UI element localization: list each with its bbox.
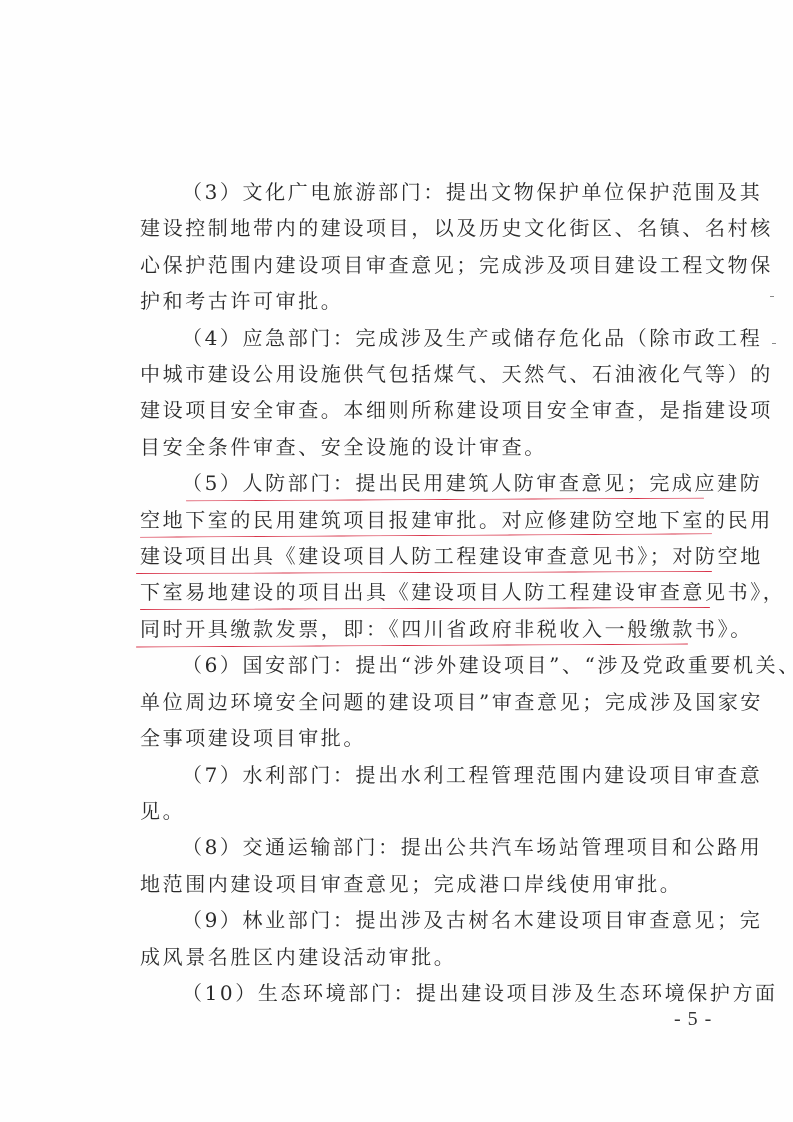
text-line: 建设项目出具《建设项目人防工程建设审查意见书》；对防空地 xyxy=(140,538,708,574)
text-line: （6）国安部门：提出“涉外建设项目”、“涉及党政重要机关、 xyxy=(140,647,708,683)
text-line: 目安全条件审查、安全设施的设计审查。 xyxy=(140,429,708,465)
text-line: （3）文化广电旅游部门：提出文物保护单位保护范围及其 xyxy=(140,174,708,210)
paragraph-transportation: （8）交通运输部门：提出公共汽车场站管理项目和公路用 地范围内建设项目审查意见；… xyxy=(140,829,708,902)
paragraph-emergency: （4）应急部门：完成涉及生产或储存危化品（除市政工程 中城市建设公用设施供气包括… xyxy=(140,320,708,466)
text-line: 地范围内建设项目审查意见；完成港口岸线使用审批。 xyxy=(140,866,708,902)
text-line: （7）水利部门：提出水利工程管理范围内建设项目审查意 xyxy=(140,757,708,793)
text-line: 中城市建设公用设施供气包括煤气、天然气、石油液化气等）的 xyxy=(140,356,708,392)
paragraph-culture-tourism: （3）文化广电旅游部门：提出文物保护单位保护范围及其 建设控制地带内的建设项目，… xyxy=(140,174,708,320)
text-line: 心保护范围内建设项目审查意见；完成涉及项目建设工程文物保 xyxy=(140,247,708,283)
text-line: （8）交通运输部门：提出公共汽车场站管理项目和公路用 xyxy=(140,829,708,865)
text-line: （5）人防部门：提出民用建筑人防审查意见；完成应建防 xyxy=(140,465,708,501)
document-page: （3）文化广电旅游部门：提出文物保护单位保护范围及其 建设控制地带内的建设项目，… xyxy=(0,0,793,1122)
scan-margin-mark xyxy=(772,343,776,344)
paragraph-water-resources: （7）水利部门：提出水利工程管理范围内建设项目审查意 见。 xyxy=(140,757,708,830)
scan-margin-mark xyxy=(770,296,774,297)
text-line: 建设控制地带内的建设项目，以及历史文化街区、名镇、名村核 xyxy=(140,210,708,246)
text-line: 同时开具缴款发票，即：《四川省政府非税收入一般缴款书》。 xyxy=(140,611,708,647)
text-line: 护和考古许可审批。 xyxy=(140,283,708,319)
text-line: 建设项目安全审查。本细则所称建设项目安全审查，是指建设项 xyxy=(140,392,708,428)
paragraph-national-security: （6）国安部门：提出“涉外建设项目”、“涉及党政重要机关、 单位周边环境安全问题… xyxy=(140,647,708,756)
text-line: 空地下室的民用建筑项目报建审批。对应修建防空地下室的民用 xyxy=(140,502,708,538)
body-text: （3）文化广电旅游部门：提出文物保护单位保护范围及其 建设控制地带内的建设项目，… xyxy=(140,174,708,1011)
text-line: 单位周边环境安全问题的建设项目”审查意见；完成涉及国家安 xyxy=(140,684,708,720)
text-line: （9）林业部门：提出涉及古树名木建设项目审查意见；完 xyxy=(140,902,708,938)
text-line: （4）应急部门：完成涉及生产或储存危化品（除市政工程 xyxy=(140,320,708,356)
paragraph-civil-air-defense: （5）人防部门：提出民用建筑人防审查意见；完成应建防 空地下室的民用建筑项目报建… xyxy=(140,465,708,647)
page-number: - 5 - xyxy=(674,1008,712,1031)
paragraph-forestry: （9）林业部门：提出涉及古树名木建设项目审查意见；完 成风景名胜区内建设活动审批… xyxy=(140,902,708,975)
text-line: 见。 xyxy=(140,793,708,829)
text-line: 下室易地建设的项目出具《建设项目人防工程建设审查意见书》， xyxy=(140,574,708,610)
text-line: 成风景名胜区内建设活动审批。 xyxy=(140,939,708,975)
text-line: 全事项建设项目审批。 xyxy=(140,720,708,756)
paragraph-ecology-environment: （10）生态环境部门：提出建设项目涉及生态环境保护方面 xyxy=(140,975,708,1011)
text-line: （10）生态环境部门：提出建设项目涉及生态环境保护方面 xyxy=(140,975,708,1011)
